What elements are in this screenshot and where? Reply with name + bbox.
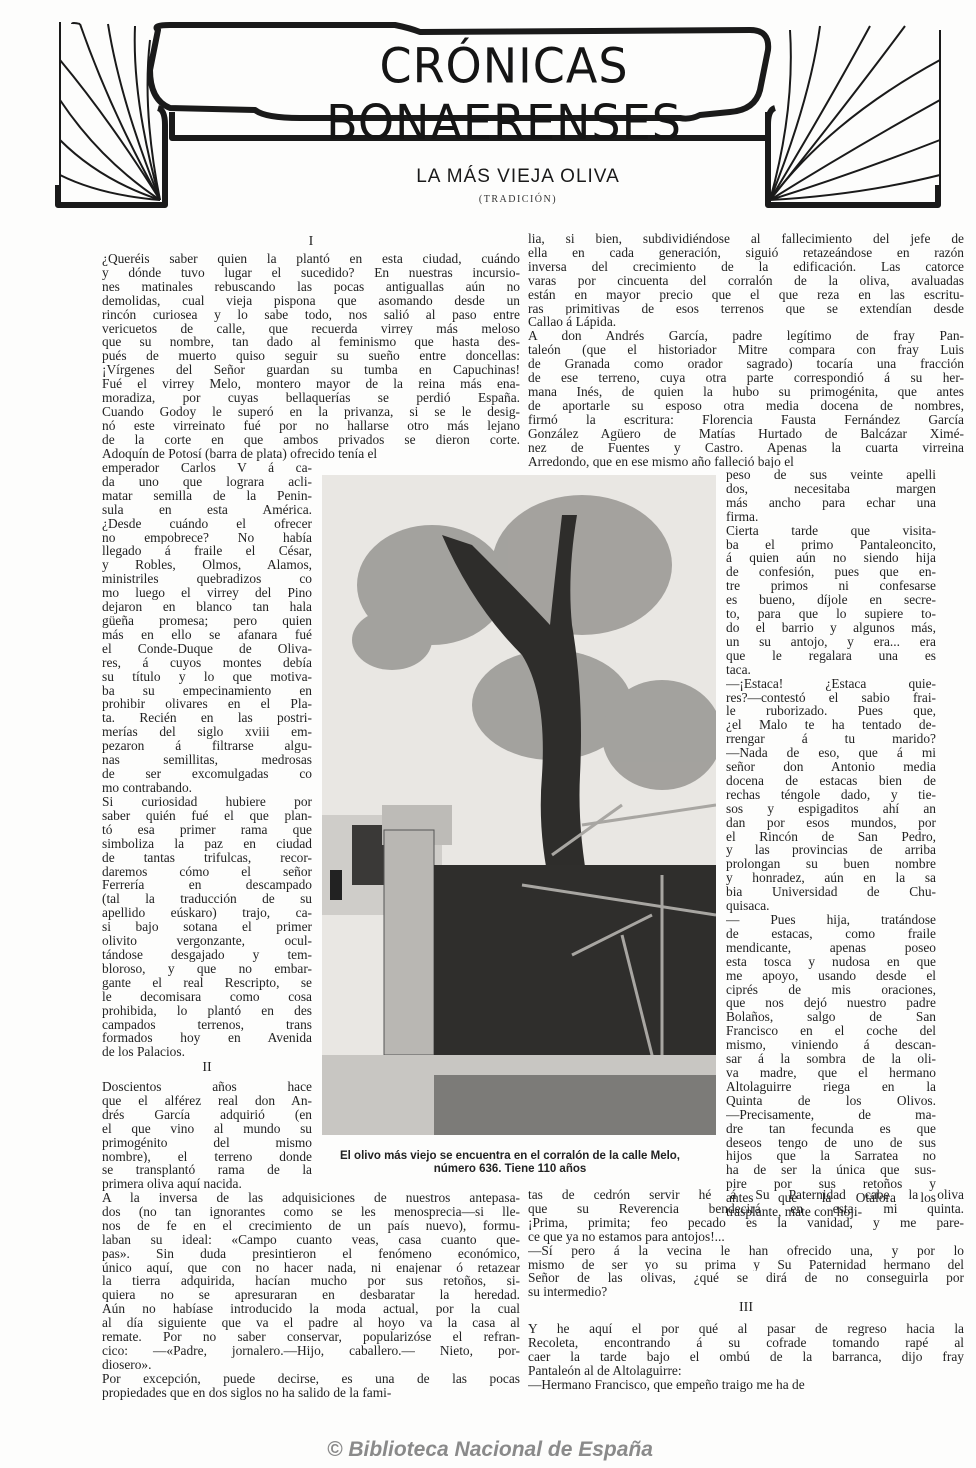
text-line: y las provincias de arriba xyxy=(726,843,936,857)
text-line: propiedades que en dos siglos no ha sali… xyxy=(102,1386,520,1400)
text-line: nó este virreinato fué por no hallarse o… xyxy=(102,419,520,433)
text-line: Señor de las olivas, ¿qué se dirá de no … xyxy=(528,1271,964,1285)
text-line: quisaca. xyxy=(726,899,936,913)
text-line: docena de estacas bien de xyxy=(726,774,936,788)
section-heading-2: II xyxy=(102,1060,312,1076)
masthead-title: CRÓNICAS BONAERENSES xyxy=(284,37,724,150)
text-line: rrengar á tu marido? xyxy=(726,732,936,746)
text-line: ¡Vírgenes del Señor guardan su tumba en … xyxy=(102,363,520,377)
text-line: dos (no tan ignorantes como se les menos… xyxy=(102,1205,520,1219)
text-line: pas». Sin duda presintieron el fenómeno … xyxy=(102,1247,520,1261)
text-line: están en mayor precio que el que reza en… xyxy=(528,288,964,302)
text-line: de Granada como orador sagrado) tocaría … xyxy=(528,357,964,371)
text-line: de los Palacios. xyxy=(102,1045,312,1059)
text-line: se transplantó rama de la xyxy=(102,1163,312,1177)
text-line: Si curiosidad hubiere por xyxy=(102,795,312,809)
text-line: Arredondo, que en ese mismo año falleció… xyxy=(528,455,964,469)
text-line: mo contrabando. xyxy=(102,781,312,795)
text-line: saber quién fué el que plan- xyxy=(102,809,312,823)
text-line: primera oliva aquí nacida. xyxy=(102,1177,312,1191)
text-line: más ancho para echar una xyxy=(726,496,936,510)
text-line: lia, si bien, subdividiéndose al falleci… xyxy=(528,232,964,246)
text-line: la tierra adquirida, hacían mucho por su… xyxy=(102,1274,520,1288)
text-line: de la corte en que ambos privados se die… xyxy=(102,433,520,447)
text-line: Quinta de los Olivos. xyxy=(726,1094,936,1108)
text-line: da uno que lograra acli- xyxy=(102,475,312,489)
text-line: firma. xyxy=(726,510,936,524)
text-line: ba su empecinamiento en xyxy=(102,684,312,698)
text-line: ce que ya no estamos para antojos!... xyxy=(528,1230,964,1244)
text-line: do el barrio y algunos más, xyxy=(726,621,936,635)
text-line: me apoyo, usando desde el xyxy=(726,969,936,983)
text-line: y honradez, aún en la sa xyxy=(726,871,936,885)
text-line: —Precisamente, de ma- xyxy=(726,1108,936,1122)
text-line: ¿Desde cuándo el ofrecer xyxy=(102,517,312,531)
text-line: res, á cuyos montes debía xyxy=(102,656,312,670)
article-subtitle: (TRADICIÓN) xyxy=(430,194,606,205)
text-line: tándose desgajado y tem- xyxy=(102,948,312,962)
text-line: ba el primo Pantaleoncito, xyxy=(726,538,936,552)
text-line: gante el real Rescripto, se xyxy=(102,976,312,990)
section-heading-3: III xyxy=(528,1300,964,1316)
text-line: mismo, viniendo á descan- xyxy=(726,1038,936,1052)
text-line: taleón (que el historiador Mitre compara… xyxy=(528,343,964,357)
text-line: Por excepción, puede decirse, es una de … xyxy=(102,1372,520,1386)
text-line: demolidas, cual vieja pispona que asoman… xyxy=(102,294,520,308)
left-column-narrow-2: Si curiosidad hubiere porsaber quién fué… xyxy=(102,795,312,1059)
text-line: de ese terreno, cuya otra parte correspo… xyxy=(528,371,964,385)
text-line: Fué el virrey Melo, montero mayor de la … xyxy=(102,377,520,391)
text-line: hijos que la Sarratea no xyxy=(726,1149,936,1163)
text-line: diosero». xyxy=(102,1358,520,1372)
text-line: un su antojo, y era... era xyxy=(726,635,936,649)
text-line: simboliza la paz en ciudad xyxy=(102,837,312,851)
text-line: que su Reverencia bendecirá en esta mi q… xyxy=(528,1202,964,1216)
left-column-narrow-3: Doscientos años haceque el alférez real … xyxy=(102,1080,312,1191)
text-line: campados terrenos, trans xyxy=(102,1018,312,1032)
text-line: al día siguiente que va el padre al hoyo… xyxy=(102,1316,520,1330)
text-line: le ruborizado. Pues que, xyxy=(726,704,936,718)
text-line: merías del siglo xviii em- xyxy=(102,725,312,739)
text-line: Pantaleón al de Altolaguirre: xyxy=(528,1364,964,1378)
text-line: tas de cedrón servir hé á Su Paternidad … xyxy=(528,1188,964,1202)
text-line: Recoleta, encontrando á su cofrade toman… xyxy=(528,1336,964,1350)
text-line: Callao á Lápida. xyxy=(528,315,964,329)
text-line: güeña promesa; pero quien xyxy=(102,614,312,628)
article-title: LA MÁS VIEJA OLIVA xyxy=(330,166,706,188)
text-line: A don Andrés García, padre legítimo de f… xyxy=(528,329,964,343)
text-line: —Hermano Francisco, que empeño traigo me… xyxy=(528,1378,964,1392)
right-column-middle: tas de cedrón servir hé á Su Paternidad … xyxy=(528,1188,964,1299)
text-line: Cierta tarde que visita- xyxy=(726,524,936,538)
text-line: ha de ser la única que sus- xyxy=(726,1163,936,1177)
text-line: varas por cincuenta del corralón de la o… xyxy=(528,274,964,288)
text-line: sos y espigaditos ahí an xyxy=(726,802,936,816)
text-line: matar semilla de la Penin- xyxy=(102,489,312,503)
text-line: prohibida, lo plantó en des xyxy=(102,1004,312,1018)
text-line: el Conde-Duque de Oliva- xyxy=(102,642,312,656)
text-line: de tantas trifulcas, recor- xyxy=(102,851,312,865)
text-line: es bueno, díjole en secre- xyxy=(726,593,936,607)
text-line: su título y lo que motiva- xyxy=(102,670,312,684)
text-line: dan por esos mundos, por xyxy=(726,816,936,830)
text-line: bloroso, y que no embar- xyxy=(102,962,312,976)
text-line: si bajo sotana el primer xyxy=(102,920,312,934)
text-line: formados hoy en Avenida xyxy=(102,1031,312,1045)
text-line: no empobrece? No había xyxy=(102,531,312,545)
text-line: y Robles, Olmos, Alamos, xyxy=(102,558,312,572)
text-line: daremos cómo el señor xyxy=(102,865,312,879)
text-line: mismo de ser yo su prima y Su Paternidad… xyxy=(528,1258,964,1272)
caption-line-2: número 636. Tiene 110 años xyxy=(300,1163,720,1176)
text-line: el que vino al mundo su xyxy=(102,1122,312,1136)
text-line: prohibir olivares en el Pla- xyxy=(102,697,312,711)
text-line: mana Inés, de quien la hubo su primogéni… xyxy=(528,385,964,399)
text-line: que le regalara una es xyxy=(726,649,936,663)
text-line: ¿el Malo te ha tentado de- xyxy=(726,718,936,732)
right-column-narrow: peso de sus veinte apellidos, necesitaba… xyxy=(726,468,936,1219)
text-line: á quien aún no siendo hija xyxy=(726,551,936,565)
text-line: señor don Antonio media xyxy=(726,760,936,774)
text-line: tó esa primer rama que xyxy=(102,823,312,837)
text-line: su intermedio? xyxy=(528,1285,964,1299)
text-line: A la inversa de las adquisiciones de nue… xyxy=(102,1191,520,1205)
text-line: ella en cada generación, siguió retazeán… xyxy=(528,246,964,260)
text-line: de estacas, como fraile xyxy=(726,927,936,941)
text-line: firmó la escritura: Florencia Fausta Fer… xyxy=(528,413,964,427)
text-line: que su nombre, tan dado al feminismo que… xyxy=(102,335,520,349)
text-line: nos de fe en el crecimiento de un país n… xyxy=(102,1219,520,1233)
text-line: —Nada de eso, que á mi xyxy=(726,746,936,760)
text-line: —Sí pero á la vecina le han ofrecido una… xyxy=(528,1244,964,1258)
text-line: que el alférez real don An- xyxy=(102,1094,312,1108)
text-line: de ser excomulgadas co xyxy=(102,767,312,781)
text-line: caer la tarde bajo el ombú de la barranc… xyxy=(528,1350,964,1364)
text-line: Francisco en el coche del xyxy=(726,1024,936,1038)
text-line: pués de muerto quiso seguir su sueño ent… xyxy=(102,349,520,363)
text-line: laban su ideal: «Campo cuanto veas, casa… xyxy=(102,1233,520,1247)
text-line: ministriles quebradizos co xyxy=(102,572,312,586)
text-line: ciprés de mis oraciones, xyxy=(726,983,936,997)
text-line: que nos dejó nuestro padre xyxy=(726,996,936,1010)
text-line: — Pues hija, tratándose xyxy=(726,913,936,927)
text-line: mendicante, apenas poseo xyxy=(726,941,936,955)
text-line: Cuando Godoy le superó en la privanza, s… xyxy=(102,405,520,419)
text-line: prolongan su buen nombre xyxy=(726,857,936,871)
caption-line-1: El olivo más viejo se encuentra en el co… xyxy=(300,1150,720,1163)
text-line: bia Universidad de Chu- xyxy=(726,885,936,899)
text-line: dre tan fecunda es que xyxy=(726,1122,936,1136)
text-line: peso de sus veinte apelli xyxy=(726,468,936,482)
text-line: olivito vergonzante, ocul- xyxy=(102,934,312,948)
right-column-top: lia, si bien, subdividiéndose al falleci… xyxy=(528,232,964,468)
text-line: rechas téngole dado, y tie- xyxy=(726,788,936,802)
text-line: le decomisara como cosa xyxy=(102,990,312,1004)
photo-caption: El olivo más viejo se encuentra en el co… xyxy=(300,1150,720,1176)
text-line: Adoquín de Potosí (barra de plata) ofrec… xyxy=(102,447,520,461)
text-line: y dónde tuvo lugar el sucedido? En nuest… xyxy=(102,266,520,280)
text-line: esta tosca y nudosa en que xyxy=(726,955,936,969)
olive-tree-image-icon xyxy=(322,475,716,1135)
text-line: vericuetos de calle, que recuerda virrey… xyxy=(102,322,520,336)
text-line: ¿Queréis saber quien la plantó en esta c… xyxy=(102,252,520,266)
text-line: mo luego el virrey del Pino xyxy=(102,586,312,600)
text-line: ta. Recién en las postri- xyxy=(102,711,312,725)
text-line: ras primitivas de esos terrenos que se e… xyxy=(528,302,964,316)
text-line: González Agüero de Matías Hurtado de Bal… xyxy=(528,427,964,441)
text-line: nes matinales rebuscando las pocas antig… xyxy=(102,280,520,294)
text-line: remate. Por no saber conservar, populari… xyxy=(102,1330,520,1344)
text-line: más en ello se afanara fué xyxy=(102,628,312,642)
text-line: rincón curiosea y lo sabe todo, nos sali… xyxy=(102,308,520,322)
copyright-footer: © Biblioteca Nacional de España xyxy=(280,1438,700,1462)
text-line: deseos tengo de uno de sus xyxy=(726,1136,936,1150)
text-line: dos, necesitaba margen xyxy=(726,482,936,496)
text-line: Altolaguirre riega en la xyxy=(726,1080,936,1094)
text-line: emperador Carlos V á ca- xyxy=(102,461,312,475)
text-line: primogénito del mismo xyxy=(102,1136,312,1150)
text-line: inversa del crecimiento de la edificació… xyxy=(528,260,964,274)
text-line: apellido eúskaro) trajo, ca- xyxy=(102,906,312,920)
text-line: sar á la sombra de la oli- xyxy=(726,1052,936,1066)
text-line: el Rincón de San Pedro, xyxy=(726,830,936,844)
text-line: va madre, que el hermano xyxy=(726,1066,936,1080)
text-line: Y he aquí el por qué al pasar de regreso… xyxy=(528,1322,964,1336)
text-line: Aún no habíase introducido la moda actua… xyxy=(102,1302,520,1316)
text-line: moradiza, por cuyas bellaquerías se perd… xyxy=(102,391,520,405)
text-line: sula en esta América. xyxy=(102,503,312,517)
text-line: nas semillitas, medrosas xyxy=(102,753,312,767)
text-line: to, para que lo supiere to- xyxy=(726,607,936,621)
olive-tree-photograph xyxy=(322,475,716,1135)
text-line: tre primos ni confesarse xyxy=(726,579,936,593)
text-line: Bolaños, salgo de San xyxy=(726,1010,936,1024)
text-line: pezaron á filtrarse algu- xyxy=(102,739,312,753)
text-line: Ferrería en descampado xyxy=(102,878,312,892)
left-column-narrow-1: emperador Carlos V á ca-da uno que logra… xyxy=(102,461,312,795)
left-column-intro: ¿Queréis saber quien la plantó en esta c… xyxy=(102,252,520,461)
text-line: llegado á fraile el César, xyxy=(102,544,312,558)
section-heading-1: I xyxy=(102,234,520,250)
text-line: único aquí, que con no hacer nada, ni en… xyxy=(102,1261,520,1275)
text-line: nombre), el terreno donde xyxy=(102,1150,312,1164)
text-line: dejaron en blanco tan hala xyxy=(102,600,312,614)
text-line: quiera no se apresuraran en desbaratar l… xyxy=(102,1288,520,1302)
text-line: —¡Estaca! ¿Estaca quie- xyxy=(726,677,936,691)
text-line: drés García adquirió (en xyxy=(102,1108,312,1122)
right-column-bottom: Y he aquí el por qué al pasar de regreso… xyxy=(528,1322,964,1392)
text-line: ¡Prima, primita; feo pecado es la vanida… xyxy=(528,1216,964,1230)
text-line: nez de Fuentes y Castro. Apenas la cuart… xyxy=(528,441,964,455)
text-line: taca. xyxy=(726,663,936,677)
left-column-bottom: A la inversa de las adquisiciones de nue… xyxy=(102,1191,520,1400)
text-line: Doscientos años hace xyxy=(102,1080,312,1094)
text-line: res?—contestó el sabio frai- xyxy=(726,691,936,705)
text-line: de aportarle su esposo otra media docena… xyxy=(528,399,964,413)
text-line: de confesión, pues que en- xyxy=(726,565,936,579)
text-line: cico: —«Padre, jornalero.—Hijo, caballer… xyxy=(102,1344,520,1358)
text-line: (tal la traducción de su xyxy=(102,892,312,906)
